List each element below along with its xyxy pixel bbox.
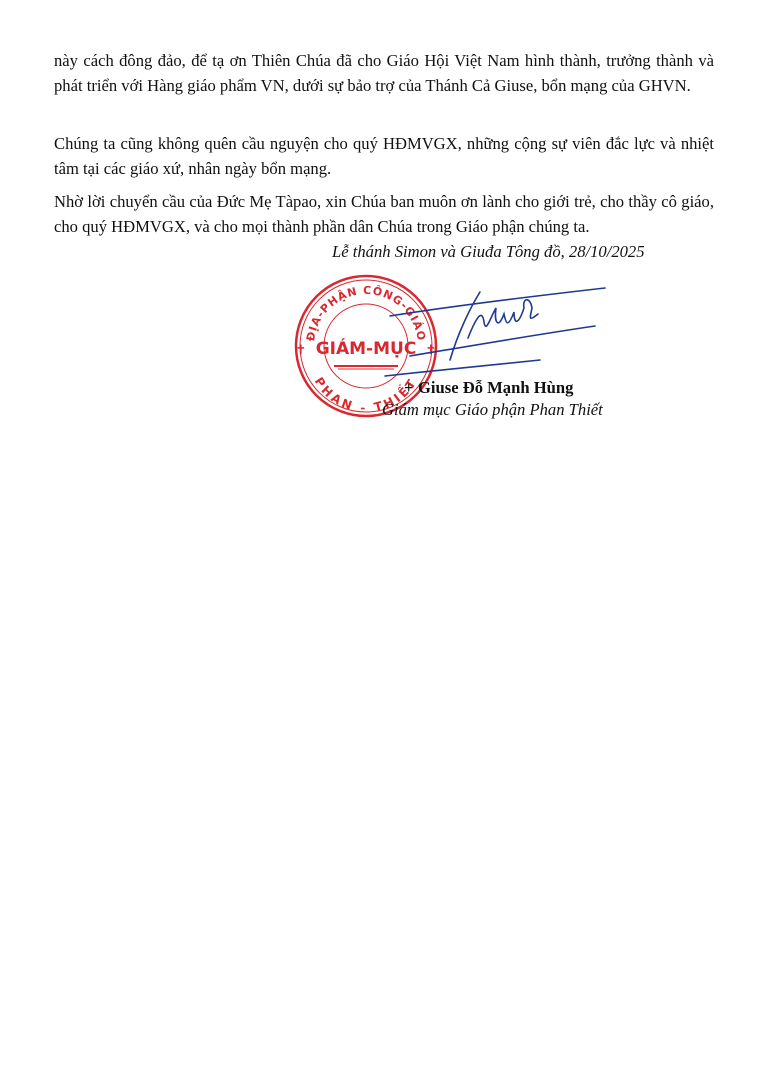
paragraph-thanksgiving: này cách đông đảo, để tạ ơn Thiên Chúa đ…	[54, 49, 714, 98]
paragraph-intercession: Nhờ lời chuyển cầu của Đức Mẹ Tàpao, xin…	[54, 190, 714, 239]
handwritten-signature-icon	[380, 278, 620, 388]
signer-title: Giám mục Giáo phận Phan Thiết	[382, 400, 603, 420]
svg-text:✝: ✝	[296, 343, 307, 358]
paragraph-prayer-councils: Chúng ta cũng không quên cầu nguyện cho …	[54, 132, 714, 181]
document-page: này cách đông đảo, để tạ ơn Thiên Chúa đ…	[0, 0, 764, 1080]
dateline: Lễ thánh Simon và Giuđa Tông đồ, 28/10/2…	[332, 242, 645, 262]
signer-prefix: +	[404, 378, 413, 398]
signer-name: Giuse Đỗ Mạnh Hùng	[418, 378, 573, 398]
